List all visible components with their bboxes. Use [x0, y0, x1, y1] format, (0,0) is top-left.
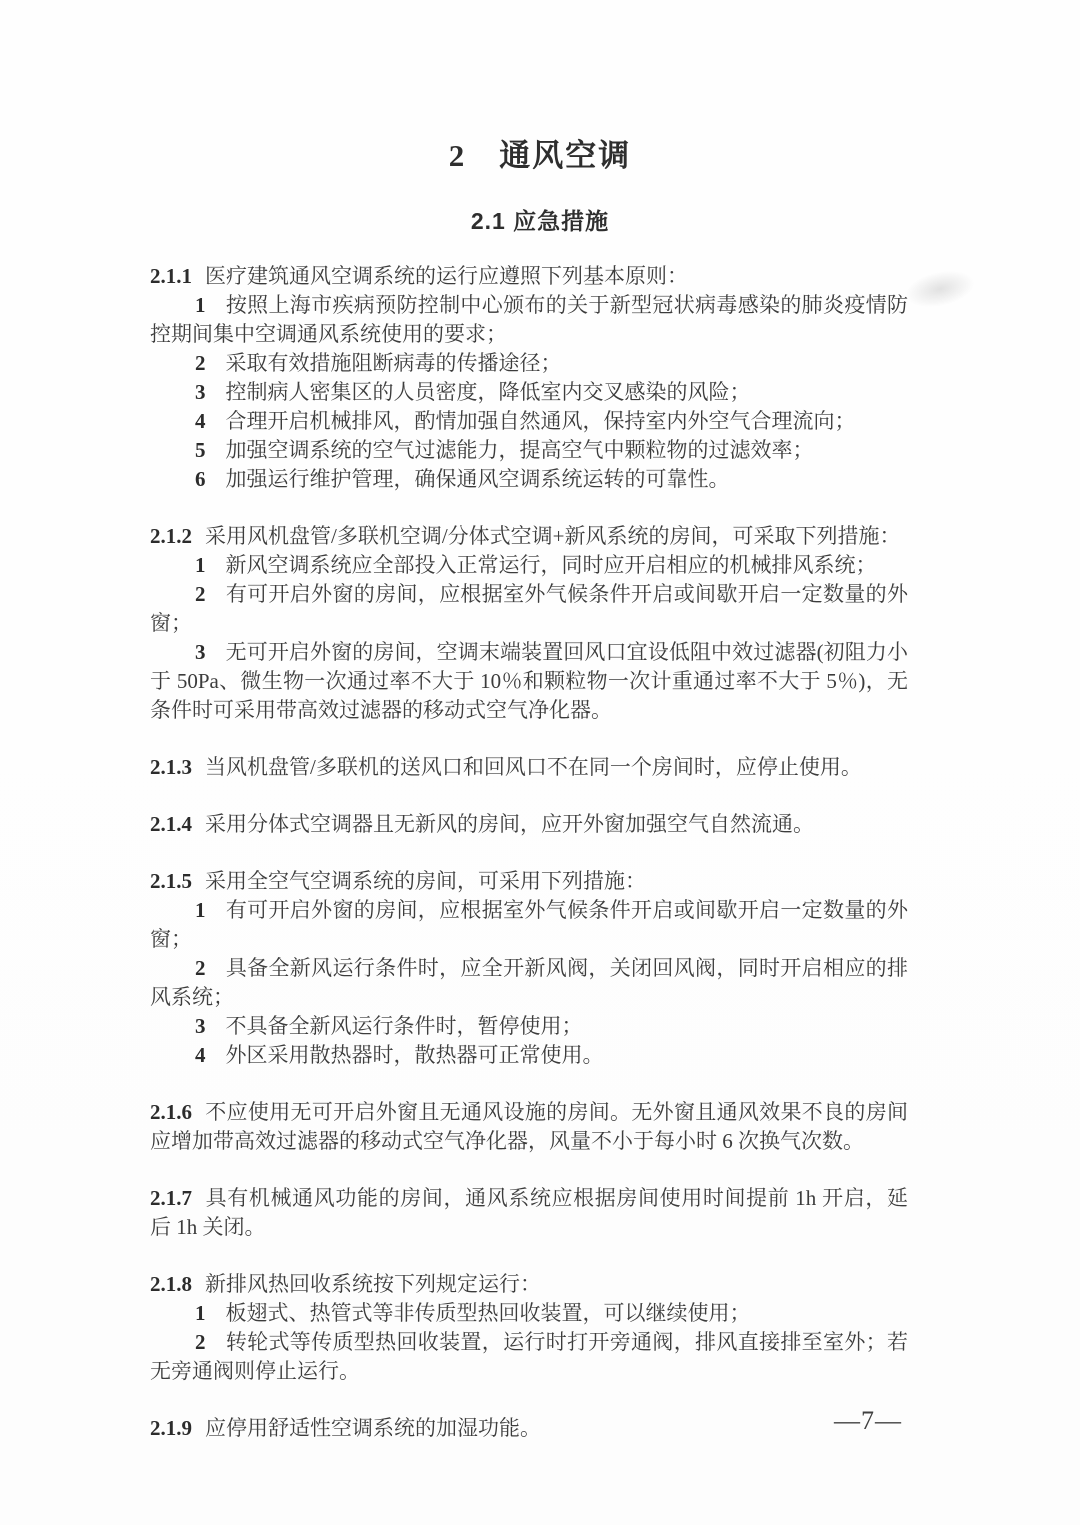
item-number: 4	[195, 409, 206, 433]
page-number: —7—	[834, 1406, 902, 1436]
clause-number: 2.1.3	[150, 755, 192, 779]
clause-item: 3不具备全新风运行条件时，暂停使用；	[150, 1012, 908, 1041]
item-number: 1	[195, 1301, 206, 1325]
clause-item: 3无可开启外窗的房间，空调末端装置回风口宜设低阻中效过滤器(初阻力小于 50Pa…	[150, 638, 908, 725]
document-page: 2 通风空调 2.1 应急措施 2.1.1医疗建筑通风空调系统的运行应遵照下列基…	[0, 0, 1080, 1525]
clause-text: 2.1.2采用风机盘管/多联机空调/分体式空调+新风系统的房间，可采取下列措施：	[150, 522, 908, 551]
section-title: 2.1 应急措施	[0, 203, 1080, 236]
clause-item: 1有可开启外窗的房间，应根据室外气候条件开启或间歇开启一定数量的外窗；	[150, 896, 908, 954]
clause-text: 2.1.6不应使用无可开启外窗且无通风设施的房间。无外窗且通风效果不良的房间应增…	[150, 1098, 908, 1156]
clause-2.1.3: 2.1.3当风机盘管/多联机的送风口和回风口不在同一个房间时，应停止使用。	[150, 753, 908, 782]
item-number: 1	[195, 553, 206, 577]
item-number: 2	[195, 582, 206, 606]
chapter-title: 2 通风空调	[0, 0, 1080, 175]
clause-number: 2.1.1	[150, 264, 192, 288]
item-number: 1	[195, 293, 206, 317]
clause-item: 4合理开启机械排风，酌情加强自然通风，保持室内外空气合理流向；	[150, 407, 908, 436]
clause-text: 2.1.4采用分体式空调器且无新风的房间，应开外窗加强空气自然流通。	[150, 810, 908, 839]
clause-number: 2.1.9	[150, 1416, 192, 1440]
clause-2.1.7: 2.1.7具有机械通风功能的房间，通风系统应根据房间使用时间提前 1h 开启，延…	[150, 1184, 908, 1242]
clause-text: 2.1.7具有机械通风功能的房间，通风系统应根据房间使用时间提前 1h 开启，延…	[150, 1184, 908, 1242]
clause-number: 2.1.5	[150, 869, 192, 893]
clause-2.1.6: 2.1.6不应使用无可开启外窗且无通风设施的房间。无外窗且通风效果不良的房间应增…	[150, 1098, 908, 1156]
item-number: 5	[195, 438, 206, 462]
clause-2.1.8: 2.1.8新排风热回收系统按下列规定运行：1板翅式、热管式等非传质型热回收装置，…	[150, 1270, 908, 1386]
clause-item: 2有可开启外窗的房间，应根据室外气候条件开启或间歇开启一定数量的外窗；	[150, 580, 908, 638]
item-number: 3	[195, 1014, 206, 1038]
clause-item: 1新风空调系统应全部投入正常运行，同时应开启相应的机械排风系统；	[150, 551, 908, 580]
item-number: 2	[195, 1330, 206, 1354]
clause-text: 2.1.1医疗建筑通风空调系统的运行应遵照下列基本原则：	[150, 262, 908, 291]
clause-number: 2.1.2	[150, 524, 192, 548]
clause-text: 2.1.5采用全空气空调系统的房间，可采用下列措施：	[150, 867, 908, 896]
clause-2.1.9: 2.1.9应停用舒适性空调系统的加湿功能。	[150, 1414, 908, 1443]
clauses: 2.1.1医疗建筑通风空调系统的运行应遵照下列基本原则：1按照上海市疾病预防控制…	[0, 236, 1080, 1443]
clause-text: 2.1.3当风机盘管/多联机的送风口和回风口不在同一个房间时，应停止使用。	[150, 753, 908, 782]
clause-item: 2具备全新风运行条件时，应全开新风阀，关闭回风阀，同时开启相应的排风系统；	[150, 954, 908, 1012]
clause-2.1.5: 2.1.5采用全空气空调系统的房间，可采用下列措施：1有可开启外窗的房间，应根据…	[150, 867, 908, 1070]
item-number: 6	[195, 467, 206, 491]
item-number: 2	[195, 956, 206, 980]
item-number: 4	[195, 1043, 206, 1067]
clause-item: 2转轮式等传质型热回收装置，运行时打开旁通阀，排风直接排至室外；若无旁通阀则停止…	[150, 1328, 908, 1386]
clause-number: 2.1.7	[150, 1186, 192, 1210]
clause-item: 2采取有效措施阻断病毒的传播途径；	[150, 349, 908, 378]
clause-2.1.2: 2.1.2采用风机盘管/多联机空调/分体式空调+新风系统的房间，可采取下列措施：…	[150, 522, 908, 725]
clause-item: 6加强运行维护管理，确保通风空调系统运转的可靠性。	[150, 465, 908, 494]
item-number: 2	[195, 351, 206, 375]
clause-number: 2.1.4	[150, 812, 192, 836]
item-number: 3	[195, 640, 206, 664]
clause-text: 2.1.8新排风热回收系统按下列规定运行：	[150, 1270, 908, 1299]
clause-2.1.1: 2.1.1医疗建筑通风空调系统的运行应遵照下列基本原则：1按照上海市疾病预防控制…	[150, 262, 908, 494]
clause-item: 3控制病人密集区的人员密度，降低室内交叉感染的风险；	[150, 378, 908, 407]
clause-number: 2.1.6	[150, 1100, 192, 1124]
clause-item: 1板翅式、热管式等非传质型热回收装置，可以继续使用；	[150, 1299, 908, 1328]
clause-item: 1按照上海市疾病预防控制中心颁布的关于新型冠状病毒感染的肺炎疫情防控期间集中空调…	[150, 291, 908, 349]
clause-2.1.4: 2.1.4采用分体式空调器且无新风的房间，应开外窗加强空气自然流通。	[150, 810, 908, 839]
clause-text: 2.1.9应停用舒适性空调系统的加湿功能。	[150, 1414, 908, 1443]
clause-item: 5加强空调系统的空气过滤能力，提高空气中颗粒物的过滤效率；	[150, 436, 908, 465]
clause-item: 4外区采用散热器时，散热器可正常使用。	[150, 1041, 908, 1070]
clause-number: 2.1.8	[150, 1272, 192, 1296]
item-number: 3	[195, 380, 206, 404]
item-number: 1	[195, 898, 206, 922]
